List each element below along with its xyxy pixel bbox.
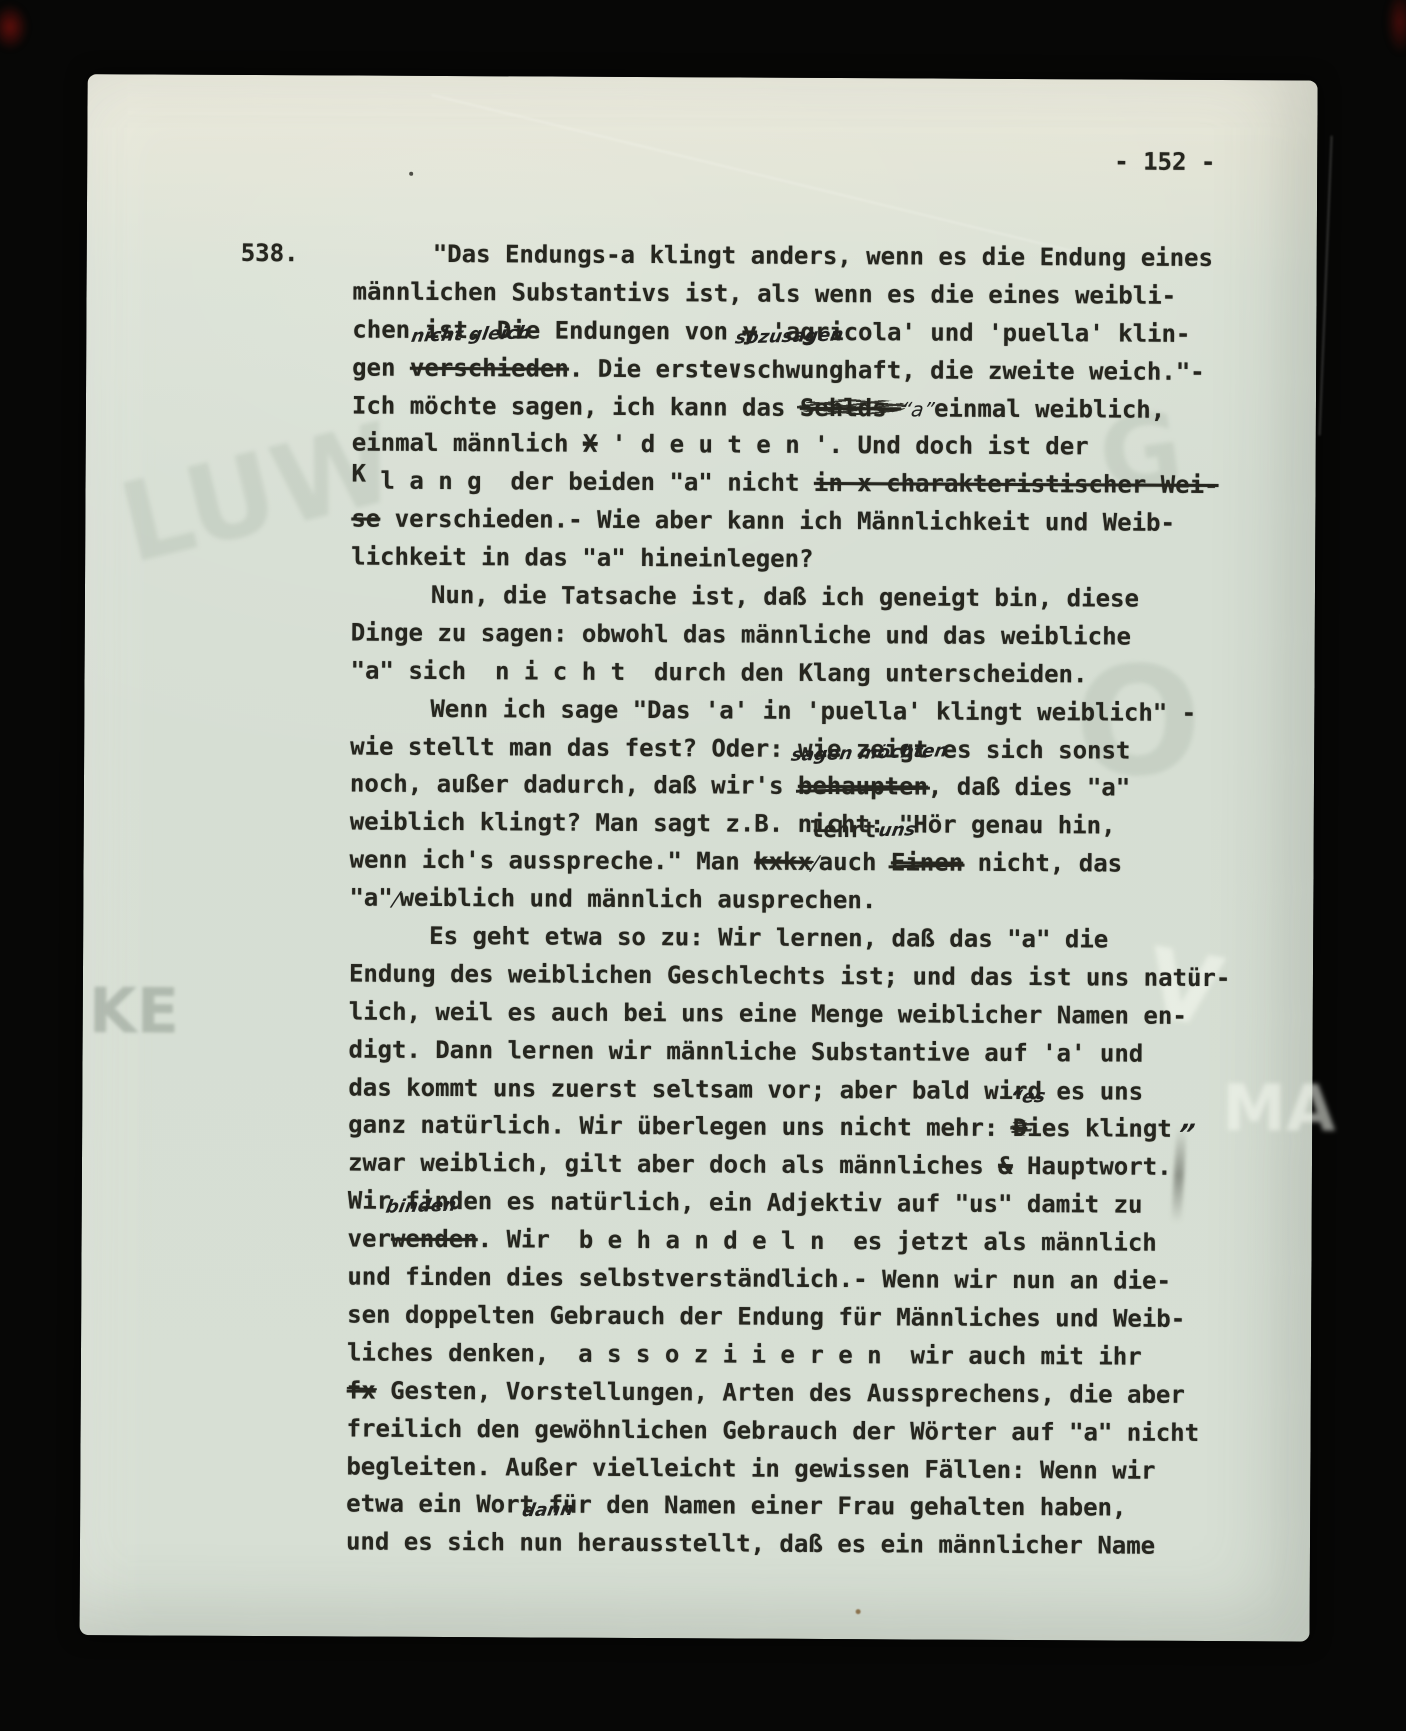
typescript-line: "a" sich n i c h t durch den Klang unter… bbox=[350, 652, 1232, 695]
typescript-line: das kommt uns zuerst seltsam vor; aber b… bbox=[348, 1069, 1230, 1112]
struck-text: se bbox=[351, 505, 380, 533]
paper-speck bbox=[856, 1609, 861, 1614]
typed-text: weiblich und männlich ausprechen. bbox=[399, 884, 876, 914]
scribbled-out-text: D bbox=[1013, 1114, 1028, 1142]
typescript-line: Ich möchte sagen, ich kann das Sehlds-“a… bbox=[352, 387, 1234, 430]
typed-text: wie stellt man das fest? Oder: wie zeigt… bbox=[350, 732, 1130, 764]
typescript-line: etwa ein Wort für den Namen einer Frau g… bbox=[346, 1486, 1228, 1529]
typed-text: "a" bbox=[349, 884, 393, 912]
handwritten-inline: “a” bbox=[898, 391, 937, 429]
typescript-line: sen doppelten Gebrauch der Endung für Mä… bbox=[347, 1296, 1229, 1339]
typescript-line: und finden dies selbstverständlich.- Wen… bbox=[347, 1259, 1229, 1302]
typescript-line: lich, weil es auch bei uns eine Menge we… bbox=[349, 993, 1231, 1036]
typed-text: Dinge zu sagen: obwohl das männliche und… bbox=[351, 618, 1131, 650]
bleedthrough-layer: LUWGOVKEMA bbox=[88, 74, 1318, 80]
typed-text: gen bbox=[352, 353, 410, 381]
typed-text: einmal weiblich, bbox=[934, 394, 1165, 423]
page-number: - 152 - bbox=[1114, 143, 1215, 181]
typed-text: Wenn ich sage "Das 'a' in 'puella' kling… bbox=[430, 695, 1196, 727]
typescript-line: verbindenwenden. Wir b e h a n d e l n e… bbox=[347, 1221, 1229, 1264]
typed-text: lichkeit in das "a" hineinlegen? bbox=[351, 543, 814, 573]
scribbled-out-text: Sehlds- bbox=[800, 393, 901, 422]
typed-text: männlichen Substantivs ist, als wenn es … bbox=[352, 277, 1176, 309]
typescript-line: "Das Endungs-a klingt anders, wenn es di… bbox=[353, 236, 1235, 279]
struck-text: Einen bbox=[891, 849, 963, 877]
overtyped-text: X bbox=[583, 430, 598, 458]
typescript-text: "Das Endungs-a klingt anders, wenn es di… bbox=[346, 236, 1234, 1567]
paper-crease bbox=[1319, 136, 1333, 436]
typescript-line: Es geht etwa so zu: Wir lernen, daß das … bbox=[349, 918, 1231, 961]
typed-text: wenn ich's ausspreche." Man bbox=[350, 846, 755, 876]
typed-text: lich, weil es auch bei uns eine Menge we… bbox=[349, 997, 1187, 1029]
typed-text: verschieden.- Wie aber kann ich Männlich… bbox=[380, 505, 1175, 537]
typed-text: digt. Dann lernen wir männliche Substant… bbox=[349, 1035, 1144, 1067]
overtyped-text: fx bbox=[347, 1376, 376, 1404]
typescript-line: Dinge zu sagen: obwohl das männliche und… bbox=[351, 614, 1233, 657]
struck-text: behaupten bbox=[798, 772, 928, 801]
typed-text: ' d e u t e n '. Und doch ist der bbox=[597, 430, 1088, 461]
typed-text: nun herausstellt, daß es ein männlicher … bbox=[519, 1529, 1155, 1560]
typed-text: begleiten. Außer vielleicht in gewissen … bbox=[346, 1452, 1155, 1484]
typescript-line: se verschieden.- Wie aber kann ich Männl… bbox=[351, 501, 1233, 544]
overtyped-text: kxkx bbox=[754, 848, 812, 876]
typed-text: "a" sich n i c h t durch den Klang unter… bbox=[350, 656, 1087, 688]
red-smudge-top-left bbox=[0, 4, 28, 50]
typescript-line: ganz natürlich. Wir überlegen uns nicht … bbox=[348, 1107, 1230, 1150]
typed-text: "Das Endungs-a klingt anders, wenn es di… bbox=[433, 240, 1213, 272]
struck-text: wenden bbox=[391, 1225, 478, 1253]
typescript-line: Wir finden es natürlich, ein Adjektiv au… bbox=[348, 1183, 1230, 1226]
typed-text: noch, außer dadurch, daß wir's bbox=[350, 770, 798, 800]
typescript-line: einmal männlich X ' d e u t e n '. Und d… bbox=[352, 425, 1234, 468]
typescript-line: fx Gesten, Vorstellungen, Arten des Auss… bbox=[347, 1372, 1229, 1415]
typed-text: und es sich bbox=[346, 1528, 520, 1557]
typed-text: ies klingt bbox=[1027, 1115, 1172, 1144]
typescript-line: männlichen Substantivs ist, als wenn es … bbox=[352, 273, 1234, 316]
typed-text: K bbox=[351, 456, 366, 494]
typescript-line: digt. Dann lernen wir männliche Substant… bbox=[348, 1031, 1230, 1074]
typescript-line: freilich den gewöhnlichen Gebrauch der W… bbox=[346, 1410, 1228, 1453]
typed-text: ∨schwunghaft, die zweite weich."- bbox=[728, 355, 1205, 385]
typescript-line: Endung des weiblichen Geschlechts ist; u… bbox=[349, 955, 1231, 998]
typescript-line: zwar weiblich, gilt aber doch als männli… bbox=[348, 1145, 1230, 1188]
typescript-line: wenn ich's ausspreche." Man kxkxlehrtuns… bbox=[349, 842, 1231, 885]
typed-text: ganz natürlich. Wir überlegen uns nicht … bbox=[348, 1111, 1013, 1142]
typed-text: liches denken, a s s o z i i e r e n wir… bbox=[347, 1338, 1142, 1370]
typescript-line: weiblich klingt? Man sagt z.B. nicht: "H… bbox=[350, 804, 1232, 847]
typed-text: etwa ein Wort für den Namen einer Frau g… bbox=[346, 1490, 1126, 1522]
typed-text: freilich den gewöhnlichen Gebrauch der W… bbox=[347, 1414, 1200, 1446]
typed-text: sen doppelten Gebrauch der Endung für Mä… bbox=[347, 1300, 1185, 1332]
section-number: 538. bbox=[241, 235, 299, 273]
struck-text: in x charakteristischer Wei- bbox=[814, 469, 1219, 499]
typescript-line: und es sich dannnun herausstellt, daß es… bbox=[346, 1524, 1228, 1567]
photo-background: LUWGOVKEMA - 152 - 538. "Das Endungs-a k… bbox=[0, 0, 1406, 1731]
typescript-page: LUWGOVKEMA - 152 - 538. "Das Endungs-a k… bbox=[80, 74, 1318, 1641]
typescript-line: noch, außer dadurch, daß wir's sagen möc… bbox=[350, 766, 1232, 809]
typed-text: weiblich klingt? Man sagt z.B. nicht: "H… bbox=[350, 808, 1116, 840]
typescript-line: Nun, die Tatsache ist, daß ich geneigt b… bbox=[351, 577, 1233, 620]
typed-text: auch bbox=[819, 848, 891, 876]
typescript-line: liches denken, a s s o z i i e r e n wir… bbox=[347, 1334, 1229, 1377]
typed-text: Es geht etwa so zu: Wir lernen, daß das … bbox=[429, 922, 1108, 954]
typed-text: l a n g der beiden "a" nicht bbox=[366, 467, 814, 497]
typed-text: Ich möchte sagen, ich kann das bbox=[352, 391, 800, 421]
typed-text: Wir finden es natürlich, ein Adjektiv au… bbox=[348, 1187, 1143, 1219]
typed-text: , daß dies "a" bbox=[928, 773, 1130, 802]
ghost-bleedthrough-text: MA bbox=[1222, 1072, 1336, 1147]
typed-text: . Wir b e h a n d e l n es jetzt als män… bbox=[478, 1225, 1157, 1257]
typescript-line: "a"∕weiblich und männlich ausprechen. bbox=[349, 880, 1231, 923]
typescript-line: gen nicht gleichverschieden. Die ersteso… bbox=[352, 349, 1234, 392]
paper-speck bbox=[409, 172, 413, 176]
typescript-line: begleiten. Außer vielleicht in gewissen … bbox=[346, 1448, 1228, 1491]
typed-text: einmal männlich bbox=[352, 429, 583, 458]
struck-text: verschieden bbox=[410, 353, 569, 382]
red-smudge-top-right bbox=[1386, 0, 1406, 54]
typed-text: ver bbox=[348, 1225, 392, 1253]
paper-crease bbox=[431, 94, 1080, 254]
typed-text: Endung des weiblichen Geschlechts ist; u… bbox=[349, 959, 1231, 992]
typed-text: nicht, das bbox=[963, 849, 1122, 878]
typed-text: Hauptwort. bbox=[1013, 1152, 1172, 1181]
ghost-bleedthrough-text: KE bbox=[89, 974, 180, 1047]
typed-text: Gesten, Vorstellungen, Arten des Ausspre… bbox=[376, 1376, 1185, 1408]
typed-text: Nun, die Tatsache ist, daß ich geneigt b… bbox=[431, 581, 1139, 613]
typescript-line: Wenn ich sage "Das 'a' in 'puella' kling… bbox=[350, 690, 1232, 733]
typed-text: und finden dies selbstverständlich.- Wen… bbox=[347, 1263, 1171, 1295]
typescript-line: K l a n g der beiden "a" nicht in x char… bbox=[351, 463, 1233, 506]
typescript-line: lichkeit in das "a" hineinlegen? bbox=[351, 539, 1233, 582]
typed-text: zwar weiblich, gilt aber doch als männli… bbox=[348, 1149, 998, 1180]
typed-text: . Die erste bbox=[569, 354, 728, 383]
overtyped-text: & bbox=[998, 1152, 1013, 1180]
